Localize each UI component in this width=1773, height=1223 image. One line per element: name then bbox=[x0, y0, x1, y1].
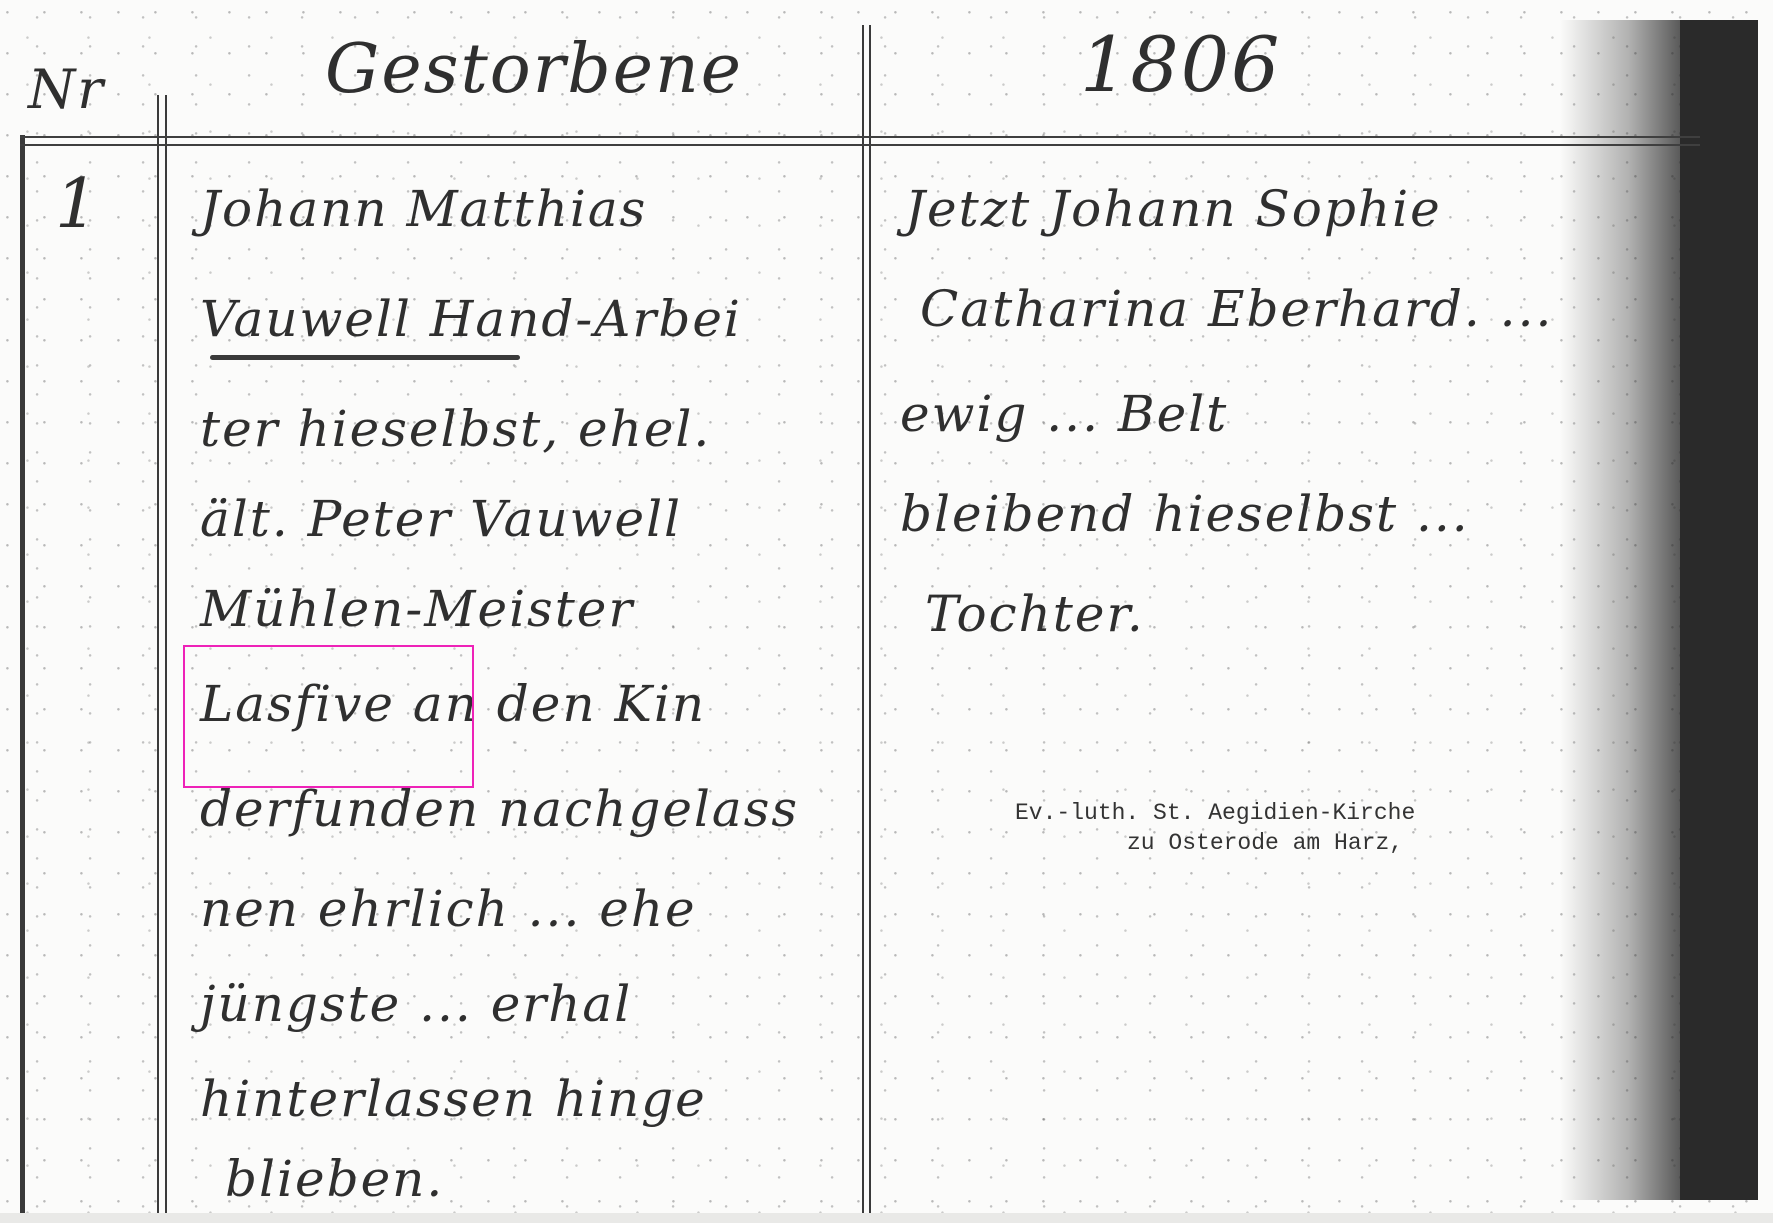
scan-binding-edge bbox=[1680, 20, 1758, 1200]
scan-shadow bbox=[1560, 20, 1685, 1200]
register-page: Nr Gestorbene 1806 1 Johann Matthias Vau… bbox=[0, 0, 1773, 1213]
church-stamp-line-1: Ev.-luth. St. Aegidien-Kirche bbox=[1015, 800, 1415, 826]
entry-number: 1 bbox=[55, 165, 100, 244]
header-rule-bottom bbox=[20, 144, 1700, 146]
header-year: 1806 bbox=[1080, 20, 1281, 109]
church-stamp-line-2: zu Osterode am Harz, bbox=[1127, 830, 1403, 856]
header-rule-top bbox=[20, 136, 1700, 138]
entry-right-line-5: Tochter. bbox=[925, 585, 1145, 643]
entry-right-line-4: bleibend hieselbst ... bbox=[900, 485, 1470, 543]
entry-left-line-2: Vauwell Hand-Arbei bbox=[200, 290, 742, 348]
column-divider-2a bbox=[862, 25, 864, 1213]
surname-underline bbox=[210, 355, 520, 360]
entry-right-line-3: ewig ... Belt bbox=[900, 385, 1228, 443]
header-column-title: Gestorbene bbox=[325, 30, 743, 109]
highlight-box bbox=[183, 645, 474, 788]
entry-left-line-10: hinterlassen hinge bbox=[200, 1070, 707, 1128]
entry-left-line-4: ält. Peter Vauwell bbox=[200, 490, 682, 548]
entry-left-line-1: Johann Matthias bbox=[200, 180, 647, 238]
column-divider-1b bbox=[165, 95, 167, 1213]
entry-left-line-7: derfunden nachgelass bbox=[200, 780, 799, 838]
column-divider-2b bbox=[869, 25, 871, 1213]
entry-right-line-2: Catharina Eberhard. ... bbox=[920, 280, 1553, 338]
left-margin-line bbox=[20, 135, 25, 1213]
entry-left-line-11: blieben. bbox=[225, 1150, 444, 1208]
entry-left-line-8: nen ehrlich ... ehe bbox=[200, 880, 697, 938]
column-divider-1a bbox=[157, 95, 159, 1213]
entry-left-line-5: Mühlen-Meister bbox=[200, 580, 634, 638]
entry-right-line-1: Jetzt Johann Sophie bbox=[905, 180, 1442, 238]
entry-left-line-9: jüngste ... erhal bbox=[200, 975, 632, 1033]
entry-left-line-3: ter hieselbst, ehel. bbox=[200, 400, 711, 458]
header-number-label: Nr bbox=[28, 58, 105, 121]
